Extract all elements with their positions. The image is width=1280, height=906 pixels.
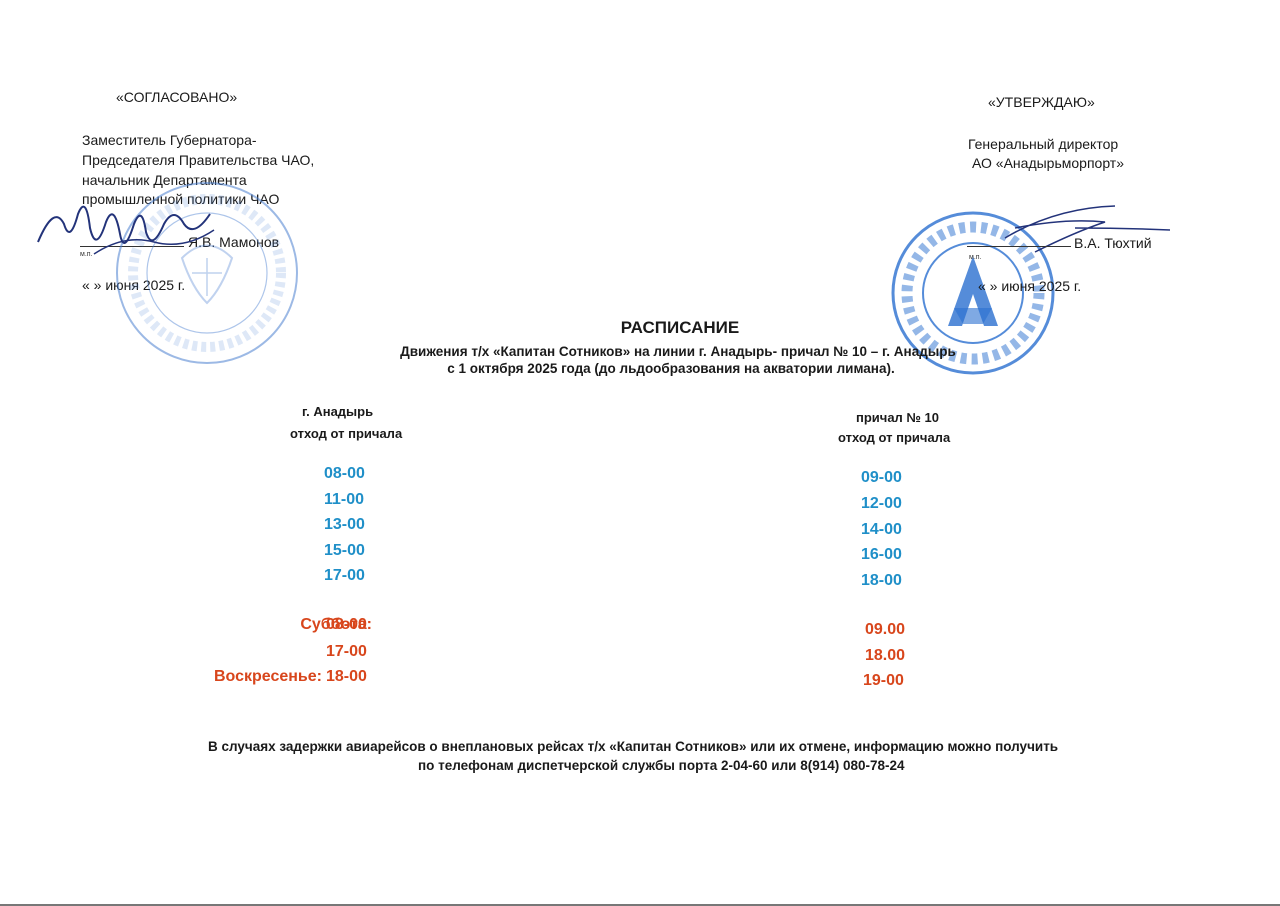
right-signatory: В.А. Тюхтий [1074,233,1152,253]
right-position-line-2: АО «Анадырьморпорт» [972,153,1124,173]
left-heading: «СОГЛАСОВАНО» [116,87,237,107]
left-weekend-time: 08-00 [326,616,367,634]
left-weekend-time: 17-00 [326,643,367,661]
left-weekday-time: 11-00 [324,491,364,509]
right-column-header-2: отход от причала [838,428,950,448]
right-column-header-1: причал № 10 [856,408,939,428]
left-weekend-time: 18-00 [326,668,367,686]
right-date: « » июня 2025 г. [978,276,1081,296]
right-heading: «УТВЕРЖДАЮ» [988,92,1095,112]
right-weekday-time: 09-00 [861,469,902,487]
left-position-line-2: Председателя Правительства ЧАО, [82,150,314,170]
footer-line-1: В случаях задержки авиарейсов о внеплано… [208,737,1058,757]
left-position-line-1: Заместитель Губернатора- [82,130,257,150]
left-signature-scribble-icon [34,194,224,274]
footer-line-2: по телефонам диспетчерской службы порта … [418,756,905,776]
right-weekend-time: 19-00 [863,672,904,690]
right-weekday-time: 16-00 [861,546,902,564]
left-weekday-time: 08-00 [324,465,365,483]
right-weekend-time: 18.00 [865,647,905,665]
right-weekday-time: 14-00 [861,521,902,539]
right-weekday-time: 18-00 [861,572,902,590]
left-weekday-time: 13-00 [324,516,365,534]
right-seal-label: м.п. [969,254,982,261]
title-line-2: с 1 октября 2025 года (до льдообразовани… [0,359,1280,379]
sunday-label: Воскресенье: [214,668,322,686]
title-main: РАСПИСАНИЕ [0,318,1280,338]
right-signature-line [967,246,1071,247]
left-column-header-2: отход от причала [290,424,402,444]
right-weekday-time: 12-00 [861,495,902,513]
left-weekday-time: 15-00 [324,542,365,560]
left-weekday-time: 17-00 [324,567,365,585]
right-position-line-1: Генеральный директор [968,134,1118,154]
left-column-header-1: г. Анадырь [302,402,373,422]
right-weekend-time: 09.00 [865,621,905,639]
